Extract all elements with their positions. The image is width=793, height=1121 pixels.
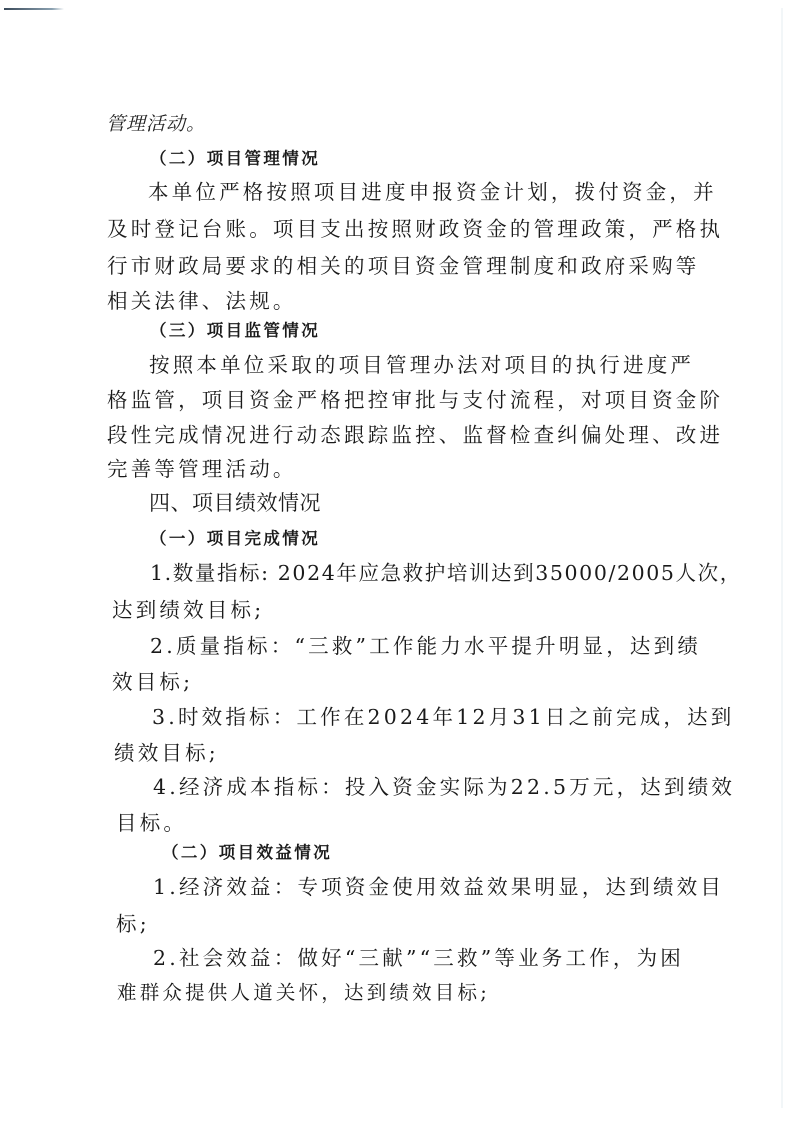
paragraph-line: 完善等管理活动。 (107, 459, 297, 480)
completion-item-quantity-cont: 达到绩效目标; (112, 600, 264, 621)
section-heading-performance: 四、项目绩效情况 (149, 493, 321, 514)
paragraph-line: 按照本单位采取的项目管理办法对项目的执行进度严 (149, 355, 694, 376)
benefit-item-economic-cont: 标; (116, 914, 150, 935)
paragraph-line: 格监管，项目资金严格把控审批与支付流程，对项目资金阶 (107, 390, 723, 411)
scan-right-edge (781, 8, 783, 1108)
completion-item-cost-cont: 目标。 (116, 813, 187, 834)
paragraph-line: 及时登记台账。项目支出按照财政资金的管理政策，严格执 (107, 219, 723, 240)
completion-item-timeliness: 3.时效指标：工作在2024年12月31日之前完成，达到 (152, 707, 735, 728)
handwritten-continuation: 管理活动。 (106, 115, 206, 134)
subsection-heading-benefits: （二）项目效益情况 (162, 845, 332, 862)
completion-item-quantity: 1.数量指标: 2024年应急救护培训达到35000/2005人次， (150, 563, 742, 584)
subsection-heading-project-supervision: （三）项目监管情况 (150, 323, 320, 340)
paragraph-line: 本单位严格按照项目进度申报资金计划，拨付资金，并 (148, 182, 717, 203)
completion-item-quality-cont: 效目标; (112, 672, 193, 693)
completion-item-quality: 2.质量指标：“三救”工作能力水平提升明显，达到绩 (150, 636, 701, 657)
scan-edge-mark (4, 8, 64, 10)
completion-item-cost: 4.经济成本指标：投入资金实际为22.5万元，达到绩效 (153, 777, 735, 798)
paragraph-line: 段性完成情况进行动态跟踪监控、监督检查纠偏处理、改进 (107, 425, 723, 446)
benefit-item-social: 2.社会效益：做好“三献”“三救”等业务工作，为困 (153, 948, 684, 969)
benefit-item-economic: 1.经济效益：专项资金使用效益效果明显，达到绩效目 (153, 877, 724, 898)
paragraph-line: 行市财政局要求的相关的项目资金管理制度和政府采购等 (107, 256, 700, 277)
benefit-item-social-cont: 难群众提供人道关怀，达到绩效目标; (117, 983, 490, 1003)
paragraph-line: 相关法律、法规。 (107, 291, 297, 312)
subsection-heading-completion: （一）项目完成情况 (150, 531, 320, 548)
completion-item-timeliness-cont: 绩效目标; (114, 743, 219, 764)
subsection-heading-project-management: （二）项目管理情况 (150, 151, 320, 168)
